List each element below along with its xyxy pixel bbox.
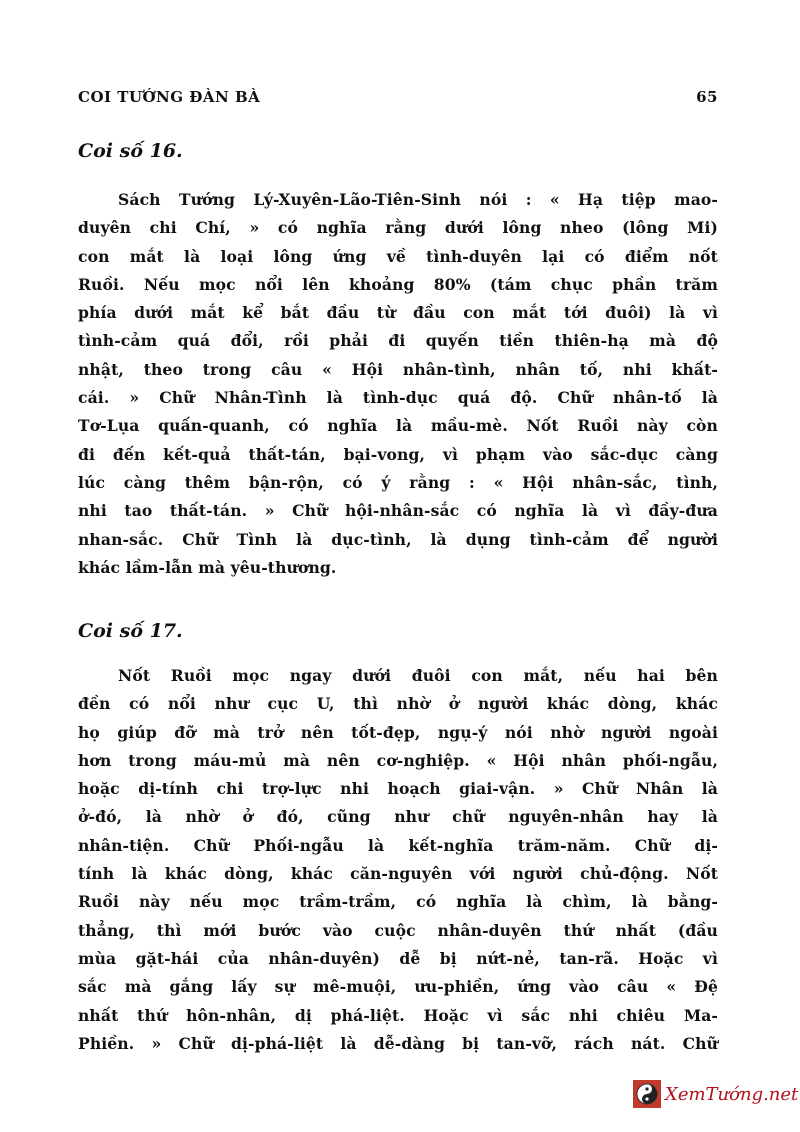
- running-title: COI TƯỚNG ĐÀN BÀ: [78, 88, 260, 106]
- section-title-17: Coi số 17.: [78, 620, 183, 642]
- text-line: Ruồi. Nếu mọc nổi lên khoảng 80% (tám ch…: [78, 271, 718, 299]
- running-head: COI TƯỚNG ĐÀN BÀ 65: [78, 88, 718, 106]
- text-line: hơn trong máu-mủ mà nên cơ-nghiệp. « Hội…: [78, 747, 718, 775]
- text-line: Ruồi này nếu mọc trầm-trầm, có nghĩa là …: [78, 888, 718, 916]
- text-line: thẳng, thì mới bước vào cuộc nhân-duyên …: [78, 917, 718, 945]
- text-line: đi đến kết-quả thất-tán, bại-vong, vì ph…: [78, 441, 718, 469]
- paragraph-section-16: Sách Tướng Lý-Xuyên-Lão-Tiên-Sinh nói : …: [78, 186, 718, 582]
- text-line: mùa gặt-hái của nhân-duyên) dễ bị nứt-nẻ…: [78, 945, 718, 973]
- watermark-text: XemTướng.net: [665, 1084, 798, 1105]
- text-line: họ giúp đỡ mà trở nên tốt-đẹp, ngụ-ý nói…: [78, 719, 718, 747]
- page-number: 65: [696, 88, 718, 106]
- text-line: Phiền. » Chữ dị-phá-liệt là dễ-dàng bị t…: [78, 1030, 718, 1058]
- text-line: Sách Tướng Lý-Xuyên-Lão-Tiên-Sinh nói : …: [78, 186, 718, 214]
- text-line: tình-cảm quá đổi, rồi phải đi quyến tiền…: [78, 327, 718, 355]
- section-title-16: Coi số 16.: [78, 140, 183, 162]
- text-line: duyên chi Chí, » có nghĩa rằng dưới lông…: [78, 214, 718, 242]
- text-line: nhân-tiện. Chữ Phối-ngẫu là kết-nghĩa tr…: [78, 832, 718, 860]
- watermark-logo[interactable]: XemTướng.net: [633, 1080, 798, 1108]
- text-line: cái. » Chữ Nhân-Tình là tình-dục quá độ.…: [78, 384, 718, 412]
- book-page: COI TƯỚNG ĐÀN BÀ 65 Coi số 16. Sách Tướn…: [0, 0, 800, 1132]
- text-line: lúc càng thêm bận-rộn, có ý rằng : « Hội…: [78, 469, 718, 497]
- text-line: nhật, theo trong câu « Hội nhân-tình, nh…: [78, 356, 718, 384]
- text-line: nhan-sắc. Chữ Tình là dục-tình, là dụng …: [78, 526, 718, 554]
- text-line: hoặc dị-tính chi trợ-lực nhi hoạch giai-…: [78, 775, 718, 803]
- text-line: đền có nổi như cục U, thì nhờ ở người kh…: [78, 690, 718, 718]
- text-line: Tơ-Lụa quấn-quanh, có nghĩa là mầu-mè. N…: [78, 412, 718, 440]
- text-line: phía dưới mắt kể bắt đầu từ đầu con mắt …: [78, 299, 718, 327]
- text-line: con mắt là loại lông ứng về tình-duyên l…: [78, 243, 718, 271]
- text-line: tính là khác dòng, khác căn-nguyên với n…: [78, 860, 718, 888]
- yin-yang-icon: [633, 1080, 661, 1108]
- text-line: nhất thứ hôn-nhân, dị phá-liệt. Hoặc vì …: [78, 1002, 718, 1030]
- text-line: Nốt Ruồi mọc ngay dưới đuôi con mắt, nếu…: [78, 662, 718, 690]
- paragraph-section-17: Nốt Ruồi mọc ngay dưới đuôi con mắt, nếu…: [78, 662, 718, 1058]
- text-line: sắc mà gắng lấy sự mê-muội, ưu-phiền, ứn…: [78, 973, 718, 1001]
- text-line: khác lầm-lẫn mà yêu-thương.: [78, 554, 718, 582]
- text-line: nhi tao thất-tán. » Chữ hội-nhân-sắc có …: [78, 497, 718, 525]
- text-line: ở-đó, là nhờ ở đó, cũng như chữ nguyên-n…: [78, 803, 718, 831]
